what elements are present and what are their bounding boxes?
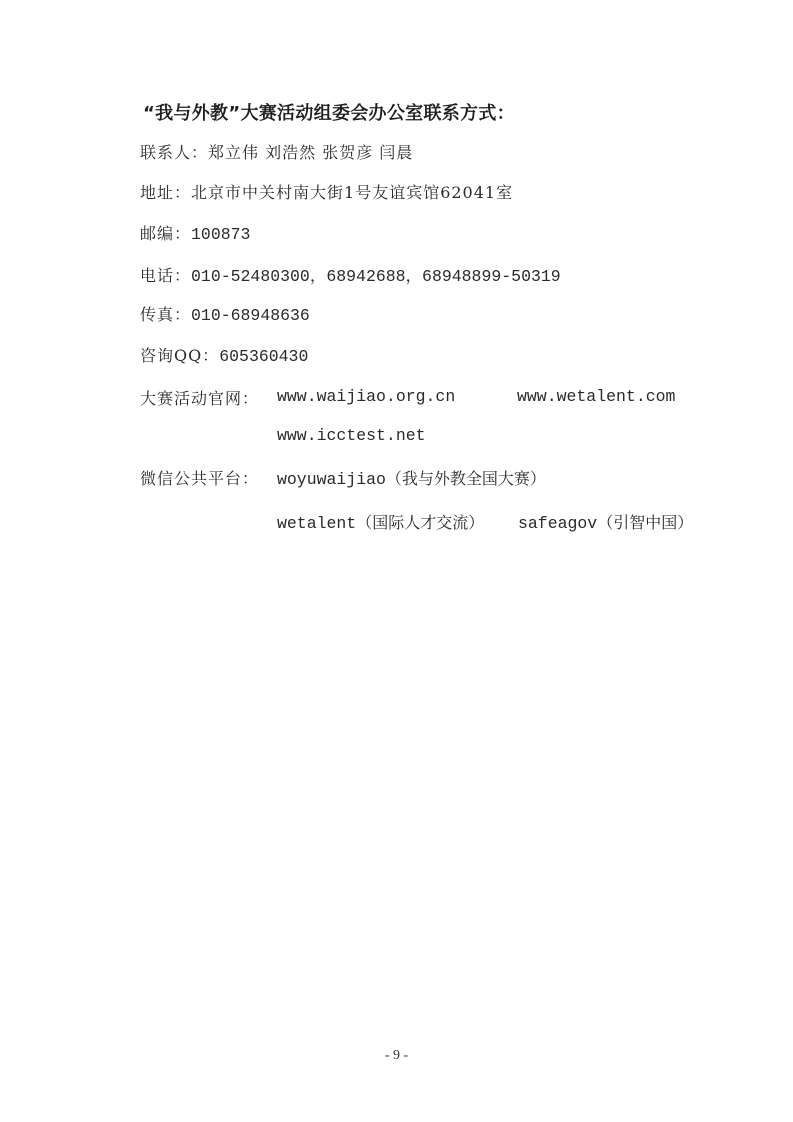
contact-heading: “我与外教”大赛活动组委会办公室联系方式： bbox=[143, 99, 515, 125]
qq-label: 咨询QQ： bbox=[140, 346, 219, 365]
page-number: - 9 - bbox=[0, 1048, 793, 1064]
fax-value: 010-68948636 bbox=[191, 306, 310, 325]
qq-line: 咨询QQ：605360430 bbox=[140, 343, 308, 366]
address-label: 地址： bbox=[140, 183, 191, 202]
wechat-account-id: woyuwaijiao bbox=[277, 470, 386, 489]
wechat-account-name: （我与外教全国大赛） bbox=[386, 469, 546, 488]
address-line: 地址：北京市中关村南大街1号友谊宾馆62041室 bbox=[140, 180, 513, 203]
websites-label: 大赛活动官网： bbox=[140, 389, 259, 408]
wechat-label: 微信公共平台： bbox=[140, 469, 259, 488]
website-link-icctest[interactable]: www.icctest.net bbox=[277, 426, 426, 445]
wechat-account-woyuwaijiao: woyuwaijiao（我与外教全国大赛） bbox=[277, 466, 546, 489]
postcode-label: 邮编： bbox=[140, 224, 191, 243]
website-link-wetalent[interactable]: www.wetalent.com bbox=[517, 387, 675, 406]
contacts-value: 郑立伟 刘浩然 张贺彦 闫晨 bbox=[208, 143, 413, 162]
website-link-waijiao[interactable]: www.waijiao.org.cn bbox=[277, 387, 455, 406]
wechat-account-safeagov: safeagov（引智中国） bbox=[518, 510, 693, 533]
phone-value: 010-52480300，68942688，68948899-50319 bbox=[191, 267, 561, 286]
address-value: 北京市中关村南大街1号友谊宾馆62041室 bbox=[191, 183, 513, 202]
fax-label: 传真： bbox=[140, 305, 191, 324]
wechat-account-name: （国际人才交流） bbox=[356, 513, 484, 532]
wechat-account-name: （引智中国） bbox=[597, 513, 693, 532]
wechat-account-id: wetalent bbox=[277, 514, 356, 533]
phone-label: 电话： bbox=[140, 266, 191, 285]
phone-line: 电话：010-52480300，68942688，68948899-50319 bbox=[140, 262, 561, 286]
wechat-line: 微信公共平台： bbox=[140, 466, 259, 489]
fax-line: 传真：010-68948636 bbox=[140, 302, 310, 325]
contacts-label: 联系人： bbox=[140, 143, 208, 162]
postcode-value: 100873 bbox=[191, 225, 250, 244]
contacts-line: 联系人：郑立伟 刘浩然 张贺彦 闫晨 bbox=[140, 140, 413, 163]
qq-value: 605360430 bbox=[219, 347, 308, 366]
wechat-account-id: safeagov bbox=[518, 514, 597, 533]
postcode-line: 邮编：100873 bbox=[140, 221, 250, 244]
websites-line: 大赛活动官网： bbox=[140, 386, 259, 409]
wechat-account-wetalent: wetalent（国际人才交流） bbox=[277, 510, 484, 533]
